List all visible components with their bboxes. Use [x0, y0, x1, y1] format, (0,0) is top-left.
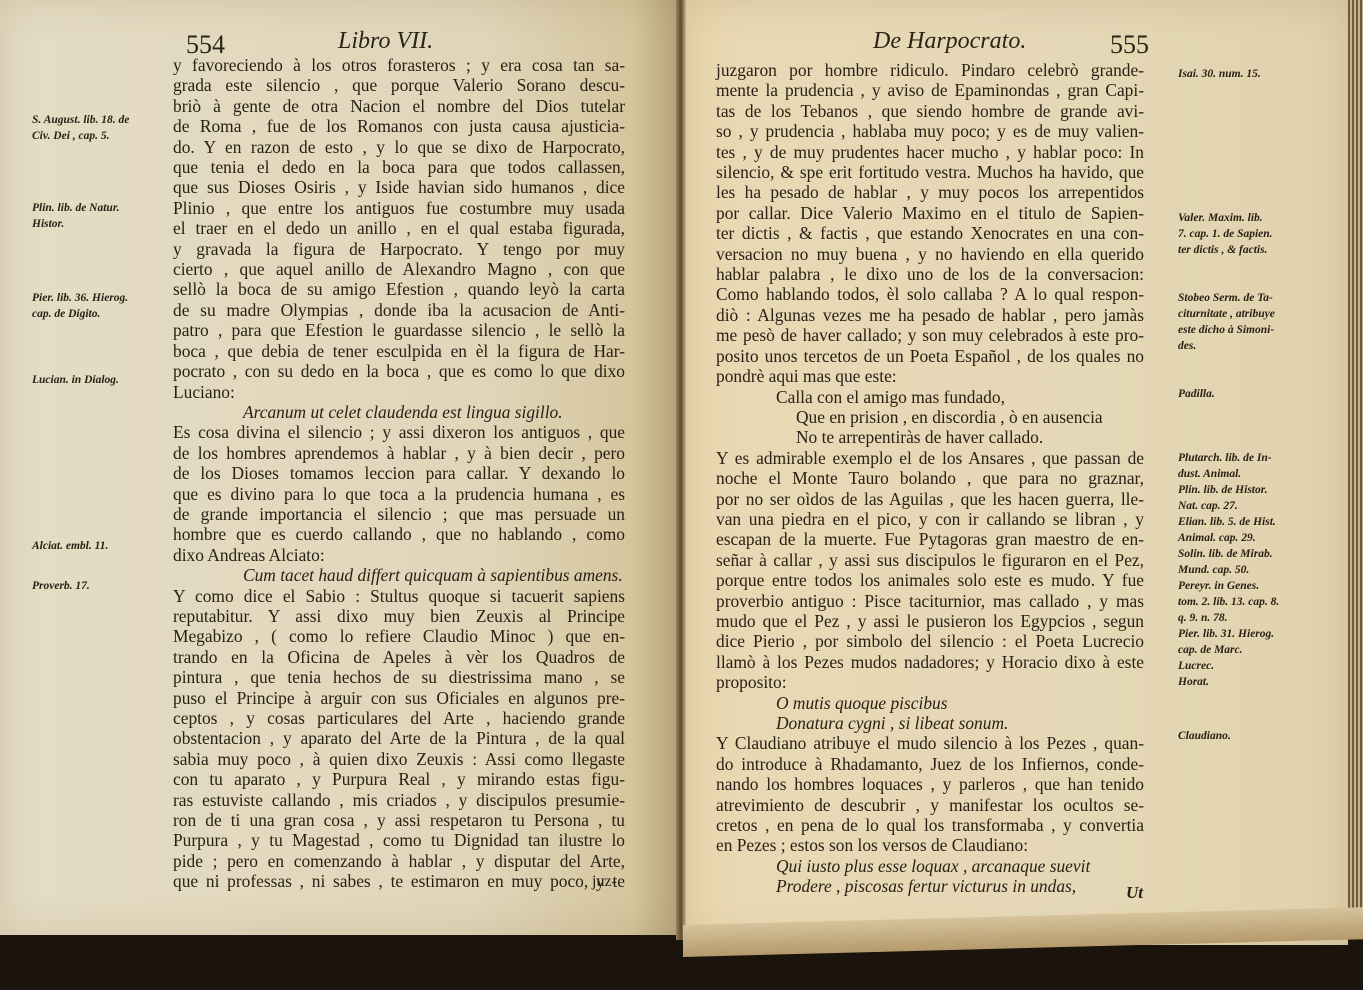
- text-line: sellò la boca de su amigo Efestion , qua…: [173, 279, 625, 299]
- margin-note: Claudiano.: [1178, 728, 1231, 744]
- text-line: Prodere , piscosas fertur victurus in un…: [716, 876, 1144, 896]
- text-line: proverbio antiguo : Pisce taciturnior, m…: [716, 591, 1144, 611]
- margin-note-line: des.: [1178, 338, 1275, 354]
- text-line: de los hombres aprendemos à hablar , y à…: [173, 443, 625, 463]
- text-line: Megabizo , ( como lo refiere Claudio Min…: [173, 626, 625, 646]
- text-line: les ha pesado de hablar , y muy pocos lo…: [716, 182, 1144, 202]
- margin-note-line: dust. Animal.: [1178, 466, 1279, 482]
- text-line: que sus Dioses Osiris , y Iside havian s…: [173, 177, 625, 197]
- text-line: diò : Algunas vezes me ha pesado de habl…: [716, 305, 1144, 325]
- text-line: Donatura cygni , si libeat sonum.: [716, 713, 1144, 733]
- margin-note-line: Solin. lib. de Mirab.: [1178, 546, 1279, 562]
- margin-note-line: Lucian. in Dialog.: [32, 372, 119, 388]
- text-line: reputabitur. Y assi dixo muy bien Zeuxis…: [173, 606, 625, 626]
- right-running-head: De Harpocrato.: [873, 28, 1026, 56]
- text-line: que es divino para lo que toca a la prud…: [173, 484, 625, 504]
- text-line: en Pezes ; estos son los versos de Claud…: [716, 835, 1144, 855]
- text-line: posito unos tercetos de un Poeta Español…: [716, 346, 1144, 366]
- margin-note: Stobeo Serm. de Ta-citurnitate , atribuy…: [1178, 290, 1275, 354]
- margin-note-line: Nat. cap. 27.: [1178, 498, 1279, 514]
- text-line: dixo Andreas Alciato:: [173, 545, 625, 565]
- margin-note: Valer. Maxim. lib.7. cap. 1. de Sapien.t…: [1178, 210, 1273, 258]
- margin-note-line: Valer. Maxim. lib.: [1178, 210, 1273, 226]
- margin-note: Proverb. 17.: [32, 578, 90, 594]
- margin-note-line: Stobeo Serm. de Ta-: [1178, 290, 1275, 306]
- margin-note: Isai. 30. num. 15.: [1178, 66, 1261, 82]
- margin-note-line: Alciat. embl. 11.: [32, 538, 108, 554]
- text-line: O mutis quoque piscibus: [716, 693, 1144, 713]
- text-line: Cum tacet haud differt quicquam à sapien…: [173, 565, 625, 585]
- text-line: dice Pierio , por simbolo del silencio :…: [716, 631, 1144, 651]
- margin-note-line: Claudiano.: [1178, 728, 1231, 744]
- text-line: que ni professas , ni sabes , te estimar…: [173, 871, 625, 891]
- text-line: por no ser oìdos de las Aguilas , que le…: [716, 489, 1144, 509]
- margin-note: Plin. lib. de Natur.Histor.: [32, 200, 120, 232]
- text-line: No te arrepentiràs de haver callado.: [716, 427, 1144, 447]
- margin-note: Pier. lib. 36. Hierog.cap. de Digito.: [32, 290, 128, 322]
- text-line: pondrè aqui mas que este:: [716, 366, 1144, 386]
- margin-note-line: este dicho à Simoni-: [1178, 322, 1275, 338]
- text-line: que tenia el dedo en la boca para que to…: [173, 157, 625, 177]
- text-line: obstentacion , y aparato del Arte de la …: [173, 728, 625, 748]
- margin-note-line: cap. de Marc.: [1178, 642, 1279, 658]
- text-line: patro , para que Efestion le guardasse s…: [173, 320, 625, 340]
- text-line: por callar. Dice Valerio Maximo en el ti…: [716, 203, 1144, 223]
- margin-note-line: ter dictis , & factis.: [1178, 242, 1273, 258]
- margin-note-line: Pereyr. in Genes.: [1178, 578, 1279, 594]
- text-line: de grande importancia el silencio ; que …: [173, 504, 625, 524]
- text-line: proposito:: [716, 672, 1144, 692]
- margin-note-line: Horat.: [1178, 674, 1279, 690]
- text-line: de su madre Olympias , donde iba la acus…: [173, 300, 625, 320]
- text-line: Que en prision , en discordia , ò en aus…: [716, 407, 1144, 427]
- text-line: con tu aparato , y Purpura Real , y mira…: [173, 769, 625, 789]
- margin-note-line: Proverb. 17.: [32, 578, 90, 594]
- text-line: Purpura , y tu Magestad , como tu Dignid…: [173, 830, 625, 850]
- right-catchword: Ut: [1126, 883, 1143, 903]
- text-line: Arcanum ut celet claudenda est lingua si…: [173, 402, 625, 422]
- text-line: Luciano:: [173, 382, 625, 402]
- left-running-head: Libro VII.: [338, 28, 433, 56]
- text-line: ras estuviste callando , mis criados , y…: [173, 790, 625, 810]
- text-line: van una piedra en el pico, y con ir call…: [716, 509, 1144, 529]
- text-line: pocrato , con su dedo en la boca , que e…: [173, 361, 625, 381]
- text-line: tes , y de muy prudentes hacer mucho , y…: [716, 142, 1144, 162]
- text-line: Y es admirable exemplo el de los Ansares…: [716, 448, 1144, 468]
- text-line: Como hablando todos, èl solo callaba ? A…: [716, 284, 1144, 304]
- text-line: y favoreciendo à los otros forasteros ; …: [173, 55, 625, 75]
- text-line: escapan de la muerte. Fue Pytagoras gran…: [716, 529, 1144, 549]
- margin-note-line: Elian. lib. 5. de Hist.: [1178, 514, 1279, 530]
- text-line: so , y prudencia , hablaba muy poco; y e…: [716, 121, 1144, 141]
- text-line: puso el Principe à arguir con sus Oficia…: [173, 688, 625, 708]
- text-line: el traer en el dedo un anillo , en el qu…: [173, 218, 625, 238]
- margin-note: S. August. lib. 18. deCiv. Dei , cap. 5.: [32, 112, 129, 144]
- margin-note: Padilla.: [1178, 386, 1215, 402]
- left-body-text: y favoreciendo à los otros forasteros ; …: [173, 55, 625, 892]
- text-line: grada este silencio , que porque Valerio…: [173, 75, 625, 95]
- book-gutter: [676, 0, 686, 940]
- text-line: do. Y en razon de esto , y lo que se dix…: [173, 137, 625, 157]
- margin-note-line: Mund. cap. 50.: [1178, 562, 1279, 578]
- text-line: boca , que debia de tener esculpida en è…: [173, 341, 625, 361]
- text-line: Y Claudiano atribuye el mudo silencio à …: [716, 733, 1144, 753]
- text-line: juzgaron por hombre ridiculo. Pindaro ce…: [716, 60, 1144, 80]
- margin-note-line: Plin. lib. de Histor.: [1178, 482, 1279, 498]
- right-body-text: juzgaron por hombre ridiculo. Pindaro ce…: [716, 60, 1144, 897]
- text-line: señar à callar , y assi sus discipulos l…: [716, 550, 1144, 570]
- text-line: cretos , en pena de lo qual los transfor…: [716, 815, 1144, 835]
- text-line: pide ; pero en comenzando à hablar , y d…: [173, 851, 625, 871]
- text-line: me pesò de haver callado; y son muy cele…: [716, 325, 1144, 345]
- text-line: noche el Monte Tauro bolando , que para …: [716, 468, 1144, 488]
- text-line: tas de los Tebanos , que siendo hombre d…: [716, 101, 1144, 121]
- text-line: atrevimiento de descubrir , y manifestar…: [716, 795, 1144, 815]
- text-line: trando en la Oficina de Apeles à vèr los…: [173, 647, 625, 667]
- text-line: nando los hombres loquaces , y parleros …: [716, 774, 1144, 794]
- margin-note-line: Civ. Dei , cap. 5.: [32, 128, 129, 144]
- text-line: cierto , que aquel anillo de Alexandro M…: [173, 259, 625, 279]
- text-line: de los Dioses tomamos leccion para calla…: [173, 463, 625, 483]
- margin-note-line: tom. 2. lib. 13. cap. 8.: [1178, 594, 1279, 610]
- text-line: versacion no muy buena , y no haviendo e…: [716, 244, 1144, 264]
- page-edges: [1348, 0, 1363, 925]
- text-line: mente la prudencia , y aviso de Epaminon…: [716, 80, 1144, 100]
- text-line: Es cosa divina el silencio ; y assi dixe…: [173, 422, 625, 442]
- text-line: Y como dice el Sabio : Stultus quoque si…: [173, 586, 625, 606]
- text-line: llamò à los Pezes mudos nadadores; y Hor…: [716, 652, 1144, 672]
- text-line: sabia muy poco , à quien dixo Zeuxis : A…: [173, 749, 625, 769]
- text-line: briò à gente de otra Nacion el nombre de…: [173, 96, 625, 116]
- margin-note-line: S. August. lib. 18. de: [32, 112, 129, 128]
- text-line: do introduce à Rhadamanto, Juez de los I…: [716, 754, 1144, 774]
- text-line: mudo que el Pez , y assi le pusieron los…: [716, 611, 1144, 631]
- margin-note-line: citurnitate , atribuye: [1178, 306, 1275, 322]
- margin-note-line: Animal. cap. 29.: [1178, 530, 1279, 546]
- text-line: porque entre todos los animales solo est…: [716, 570, 1144, 590]
- text-line: hablar palabra , le dixo uno de los de l…: [716, 264, 1144, 284]
- margin-note-line: Plin. lib. de Natur.: [32, 200, 120, 216]
- margin-note: Alciat. embl. 11.: [32, 538, 108, 554]
- text-line: ter dictis , & factis , que estando Xeno…: [716, 223, 1144, 243]
- text-line: pintura , que tenia hechos de su diestri…: [173, 667, 625, 687]
- margin-note-line: 7. cap. 1. de Sapien.: [1178, 226, 1273, 242]
- margin-note-line: q. 9. n. 78.: [1178, 610, 1279, 626]
- text-line: Qui iusto plus esse loquax , arcanaque s…: [716, 856, 1144, 876]
- margin-note-line: cap. de Digito.: [32, 306, 128, 322]
- text-line: y gravada la figura de Harpocrato. Y ten…: [173, 239, 625, 259]
- margin-note: Lucian. in Dialog.: [32, 372, 119, 388]
- margin-note-line: Padilla.: [1178, 386, 1215, 402]
- text-line: de Roma , fue de los Romanos con justa c…: [173, 116, 625, 136]
- text-line: ceptos , y cosas particulares del Arte ,…: [173, 708, 625, 728]
- margin-note-line: Pier. lib. 31. Hierog.: [1178, 626, 1279, 642]
- margin-note-line: Plutarch. lib. de In-: [1178, 450, 1279, 466]
- right-folio: 555: [1110, 30, 1149, 60]
- text-line: Calla con el amigo mas fundado,: [716, 387, 1144, 407]
- text-line: Plinio , que entre los antiguos fue cost…: [173, 198, 625, 218]
- margin-note-line: Pier. lib. 36. Hierog.: [32, 290, 128, 306]
- text-line: hombre que es cuerdo callando , que no h…: [173, 524, 625, 544]
- margin-note-line: Isai. 30. num. 15.: [1178, 66, 1261, 82]
- text-line: ron de ti una gran cosa , y assi respeta…: [173, 810, 625, 830]
- margin-note-line: Lucrec.: [1178, 658, 1279, 674]
- margin-note: Plutarch. lib. de In-dust. Animal.Plin. …: [1178, 450, 1279, 690]
- text-line: silencio, & spe erit fortitudo vestra. M…: [716, 162, 1144, 182]
- margin-note-line: Histor.: [32, 216, 120, 232]
- left-catchword: juz-: [592, 873, 617, 891]
